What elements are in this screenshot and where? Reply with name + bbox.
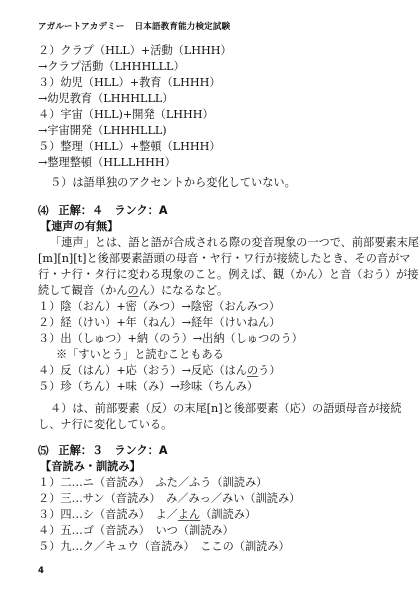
q5-answer-line: ⑸ 正解：３ ランク：A <box>38 444 168 458</box>
q4-item-note: ※「すいとう」と読むこともある <box>56 348 224 362</box>
accent-line: ４）宇宙（HLL)+開発（LHHH） <box>38 108 214 122</box>
accent-line: ３）幼児（HLL）+教育（LHHH） <box>38 76 221 90</box>
text: ん）になるなど。 <box>139 284 229 297</box>
q4-para-line: 「連声」とは、語と語が合成される際の変音現象の一つで、前部要素末尾 <box>50 236 419 250</box>
text: 続して観音（かん <box>38 284 128 297</box>
q5-topic: 【音読み・訓読み】 <box>40 460 141 474</box>
q4-item: ３）出（しゅつ）+納（のう）→出納（しゅつのう） <box>38 332 303 346</box>
text: ４）反（はん）+応（おう）→反応（はん <box>38 364 247 377</box>
underlined-kana: の <box>247 364 258 377</box>
q4-item: ４）反（はん）+応（おう）→反応（はんのう） <box>38 364 281 378</box>
q5-item: ２）三…サン（音読み） み／みっ／みい（訓読み） <box>38 492 300 506</box>
q5-item: ３）四…シ（音読み） よ／よん（訓読み） <box>38 508 256 522</box>
q4-topic: 【連声の有無】 <box>40 220 118 234</box>
q5-item: ５）九…ク／キュウ（音読み） ここの（訓読み） <box>38 540 290 554</box>
q4-answer-line: ⑷ 正解：４ ランク：A <box>38 204 168 218</box>
q5-answer: 正解：３ ランク：A <box>58 444 167 457</box>
q4-item: ５）珍（ちん）+味（み）→珍味（ちんみ） <box>38 380 258 394</box>
page-number: 4 <box>38 566 44 576</box>
q5-number: ⑸ <box>38 445 49 457</box>
document-page: アガルートアカデミー日本語教育能力検定試験 ２）クラプ（HLL）+活動（LHHH… <box>0 0 420 595</box>
q4-item: ２）経（けい）+年（ねん）→経年（けいねん） <box>38 316 281 330</box>
running-header: アガルートアカデミー日本語教育能力検定試験 <box>38 20 230 32</box>
header-brand: アガルートアカデミー <box>38 22 125 32</box>
q4-number: ⑷ <box>38 205 49 217</box>
underlined-kana: の <box>128 284 139 297</box>
q4-explain-line: ４）は、前部要素（反）の末尾[n]と後部要素（応）の語頭母音が接続 <box>50 402 402 416</box>
q4-para-line: [m][n][t]と後部要素語頭の母音・ヤ行・ワ行が接続したとき、その音がマ <box>38 252 411 266</box>
q4-answer: 正解：４ ランク：A <box>58 204 167 217</box>
q5-item: １）二…ニ（音読み） ふた／ふう（訓読み） <box>38 476 267 490</box>
accent-line: ２）クラプ（HLL）+活動（LHHH） <box>38 44 232 58</box>
accent-line: →整理整頓（HLLLHHH） <box>38 156 176 170</box>
accent-note: ５）は語単独のアクセントから変化していない。 <box>50 176 296 190</box>
accent-line: →宇宙開発（LHHHLLL) <box>38 124 167 138</box>
header-exam: 日本語教育能力検定試験 <box>135 22 231 32</box>
q4-para-line: 続して観音（かんのん）になるなど。 <box>38 284 228 298</box>
text: （訓読み） <box>200 508 256 521</box>
text: う） <box>258 364 280 377</box>
q5-item: ４）五…ゴ（音読み） いつ（訓読み） <box>38 524 234 538</box>
q4-para-line: 行・ナ行・タ行に変わる現象のこと。例えば、観（かん）と音（おう）が接 <box>38 268 418 282</box>
q4-explain-line: し、ナ行に変化している。 <box>38 418 172 432</box>
accent-line: →クラプ活動（LHHHLLL） <box>38 60 185 74</box>
q4-item: １）陰（おん）+密（みつ）→陰密（おんみつ） <box>38 300 280 314</box>
text: ３）四…シ（音読み） よ／ <box>38 508 178 521</box>
underlined-kana: よん <box>178 508 200 521</box>
accent-line: →幼児教育（LHHHLLL） <box>38 92 174 106</box>
accent-line: ５）整理（HLL）+整頓（LHHH） <box>38 140 221 154</box>
